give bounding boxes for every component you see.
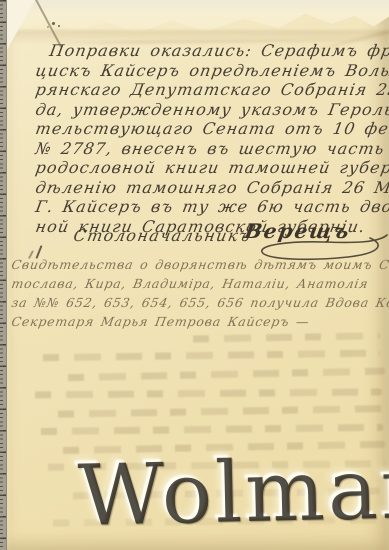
ink-speck (58, 25, 60, 27)
handwritten-line: родословной книги тамошней губерніи; а п… (34, 158, 389, 178)
handwritten-line: Поправки оказались: Серафимъ фран- (34, 41, 389, 61)
handwritten-line: № 2787, внесенъ въ шестую часть дворянск… (34, 139, 389, 159)
note-line: Свидѣтельства о дворянствѣ дѣтямъ моимъ … (10, 255, 389, 274)
clerk-title: Столоначальникъ (72, 226, 253, 245)
handwritten-line: да, утвержденному указомъ Герольдіи Прав… (34, 100, 389, 120)
note-line: за №№ 652, 653, 654, 655, 656 получила В… (10, 293, 389, 312)
faded-receipt-note: Свидѣтельства о дворянствѣ дѣтямъ моимъ … (10, 255, 388, 331)
note-line: тослава, Кира, Владиміра, Наталіи, Анато… (10, 274, 389, 293)
handwritten-line: тельствующаго Сената отъ 10 февраля 1840… (34, 119, 389, 139)
handwritten-line: цискъ Кайсеръ опредѣленіемъ Волынскаго Д… (34, 61, 389, 81)
handwritten-line: дѣленію тамошняго Собранія 26 Мая 1882 г… (34, 178, 389, 198)
ink-speck (47, 26, 49, 28)
ink-speck (52, 22, 55, 25)
handwritten-line: Г. Кайсеръ въ ту же 6ю часть дворянской … (34, 197, 389, 217)
document-scan: Поправки оказались: Серафимъ фран- цискъ… (0, 0, 389, 550)
handwritten-line: рянскаго Депутатскаго Собранія 23 Мая 18… (34, 80, 389, 100)
ruler-edge-icon (0, 0, 7, 550)
note-line: Секретаря Марья Петрова Кайсеръ — (10, 312, 389, 331)
wolmar-watermark: Wolmar (77, 446, 389, 538)
main-handwritten-paragraph: Поправки оказались: Серафимъ фран- цискъ… (34, 41, 389, 236)
